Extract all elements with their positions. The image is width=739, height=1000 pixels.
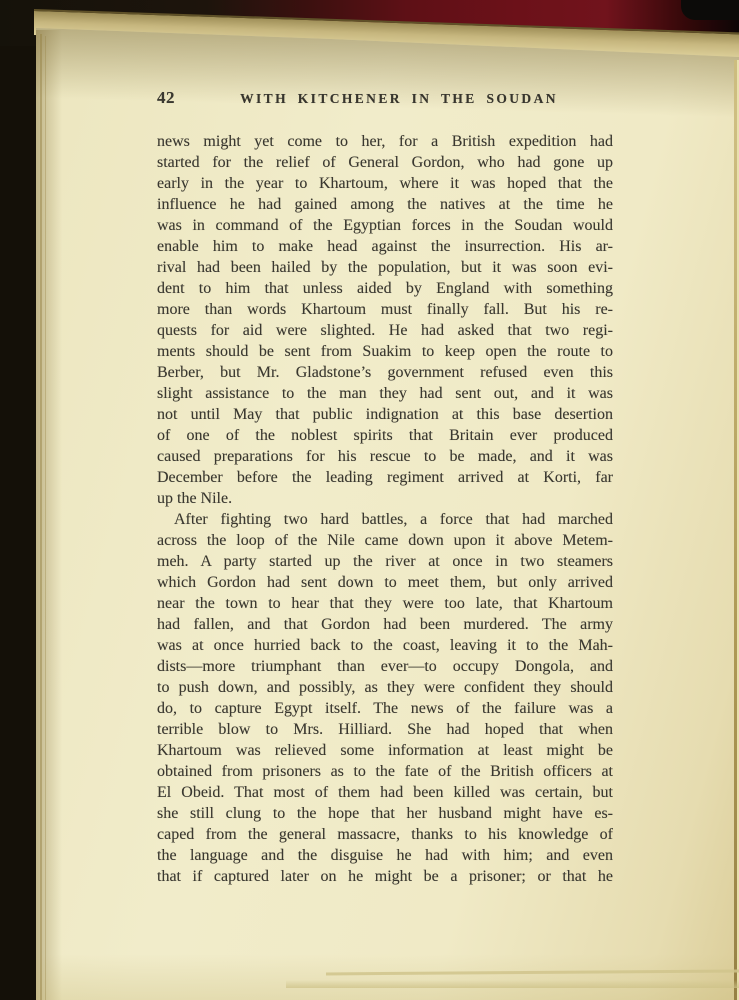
- paragraph: After fighting two hard battles, a force…: [157, 509, 613, 887]
- text-line: that if captured later on he might be a …: [157, 866, 613, 887]
- text-line: of one of the noblest spirits that Brita…: [157, 425, 613, 446]
- text-line: Berber, but Mr. Gladstone’s government r…: [157, 362, 613, 383]
- text-line: news might yet come to her, for a Britis…: [157, 131, 613, 152]
- text-line: quests for aid were slighted. He had ask…: [157, 320, 613, 341]
- paragraph: news might yet come to her, for a Britis…: [157, 131, 613, 509]
- running-head-row: 42 WITH KITCHENER IN THE SOUDAN: [157, 88, 613, 110]
- text-line: El Obeid. That most of them had been kil…: [157, 782, 613, 803]
- text-line: had fallen, and that Gordon had been mur…: [157, 614, 613, 635]
- text-line: across the loop of the Nile came down up…: [157, 530, 613, 551]
- text-line: caped from the general massacre, thanks …: [157, 824, 613, 845]
- text-line: After fighting two hard battles, a force…: [157, 509, 613, 530]
- page-number: 42: [157, 88, 175, 108]
- page-bottom-shadow: [36, 954, 739, 1000]
- text-line: started for the relief of General Gordon…: [157, 152, 613, 173]
- text-line: Khartoum was relieved some information a…: [157, 740, 613, 761]
- text-line: was at once hurried back to the coast, l…: [157, 635, 613, 656]
- page-crease-line: [40, 34, 42, 1000]
- running-header: WITH KITCHENER IN THE SOUDAN: [240, 91, 558, 107]
- text-line: terrible blow to Mrs. Hilliard. She had …: [157, 719, 613, 740]
- page-crease-line: [45, 36, 46, 1000]
- text-line: meh. A party started up the river at onc…: [157, 551, 613, 572]
- text-line: enable him to make head against the insu…: [157, 236, 613, 257]
- text-line: do, to capture Egypt itself. The news of…: [157, 698, 613, 719]
- text-line: rival had been hailed by the population,…: [157, 257, 613, 278]
- page-corner-edge-line: [286, 980, 739, 988]
- text-line: up the Nile.: [157, 488, 613, 509]
- text-line: influence he had gained among the native…: [157, 194, 613, 215]
- text-line: ments should be sent from Suakim to keep…: [157, 341, 613, 362]
- text-line: caused preparations for his rescue to be…: [157, 446, 613, 467]
- text-line: early in the year to Khartoum, where it …: [157, 173, 613, 194]
- text-line: December before the leading regiment arr…: [157, 467, 613, 488]
- text-line: more than words Khartoum must finally fa…: [157, 299, 613, 320]
- text-line: to push down, and possibly, as they were…: [157, 677, 613, 698]
- book-cover-corner: [681, 0, 739, 20]
- printed-text-block: 42 WITH KITCHENER IN THE SOUDAN news mig…: [157, 88, 613, 887]
- text-line: near the town to hear that they were too…: [157, 593, 613, 614]
- text-line: was in command of the Egyptian forces in…: [157, 215, 613, 236]
- text-line: dists—more triumphant than ever—to occup…: [157, 656, 613, 677]
- text-line: the language and the disguise he had wit…: [157, 845, 613, 866]
- text-line: obtained from prisoners as to the fate o…: [157, 761, 613, 782]
- text-line: dent to him that unless aided by England…: [157, 278, 613, 299]
- text-line: which Gordon had sent down to meet them,…: [157, 572, 613, 593]
- book-photo: 42 WITH KITCHENER IN THE SOUDAN news mig…: [0, 0, 739, 1000]
- text-line: not until May that public indignation at…: [157, 404, 613, 425]
- text-line: slight assistance to the man they had se…: [157, 383, 613, 404]
- text-line: she still clung to the hope that her hus…: [157, 803, 613, 824]
